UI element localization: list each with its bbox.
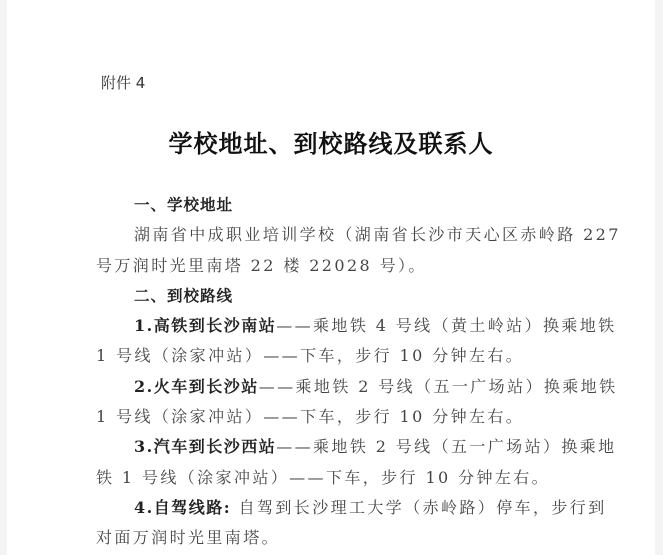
document-title: 学校地址、到校路线及联系人 bbox=[7, 124, 655, 159]
route-3-label: 3.汽车到长沙西站 bbox=[134, 437, 276, 456]
route-2-line-2: 1 号线（涂家冲站）——下车，步行 10 分钟左右。 bbox=[96, 402, 586, 432]
document-page: 附件 4 学校地址、到校路线及联系人 一、学校地址 湖南省中成职业培训学校（湖南… bbox=[7, 0, 655, 555]
route-2-label: 2.火车到长沙站 bbox=[134, 377, 259, 396]
document-body: 一、学校地址 湖南省中成职业培训学校（湖南省长沙市天心区赤岭路 227 号万润时… bbox=[96, 190, 586, 554]
route-1-detail: ——乘地铁 4 号线（黄土岭站）换乘地铁 bbox=[276, 316, 616, 335]
route-3-line-2: 铁 1 号线（涂家冲站）——下车，步行 10 分钟左右。 bbox=[96, 463, 586, 493]
route-4-detail: 自驾到长沙理工大学（赤岭路）停车，步行到 bbox=[231, 498, 607, 517]
route-4-line-2: 对面万润时光里南塔。 bbox=[96, 523, 586, 553]
route-3-line-1: 3.汽车到长沙西站——乘地铁 2 号线（五一广场站）换乘地 bbox=[96, 432, 586, 462]
route-2-detail: ——乘地铁 2 号线（五一广场站）换乘地铁 bbox=[259, 377, 618, 396]
route-4-line-1: 4.自驾线路: 自驾到长沙理工大学（赤岭路）停车，步行到 bbox=[96, 493, 586, 523]
section-heading-address: 一、学校地址 bbox=[96, 190, 586, 220]
route-4-label: 4.自驾线路: bbox=[134, 498, 231, 517]
route-2-line-1: 2.火车到长沙站——乘地铁 2 号线（五一广场站）换乘地铁 bbox=[96, 372, 586, 402]
route-1-line-1: 1.高铁到长沙南站——乘地铁 4 号线（黄土岭站）换乘地铁 bbox=[96, 311, 586, 341]
address-line-1: 湖南省中成职业培训学校（湖南省长沙市天心区赤岭路 227 bbox=[96, 220, 586, 250]
route-1-label: 1.高铁到长沙南站 bbox=[134, 316, 276, 335]
section-heading-routes: 二、到校路线 bbox=[96, 281, 586, 311]
route-1-line-2: 1 号线（涂家冲站）——下车，步行 10 分钟左右。 bbox=[96, 341, 586, 371]
attachment-label: 附件 4 bbox=[101, 72, 145, 93]
address-line-2: 号万润时光里南塔 22 楼 22028 号）。 bbox=[96, 251, 586, 281]
route-3-detail: ——乘地铁 2 号线（五一广场站）换乘地 bbox=[276, 437, 616, 456]
